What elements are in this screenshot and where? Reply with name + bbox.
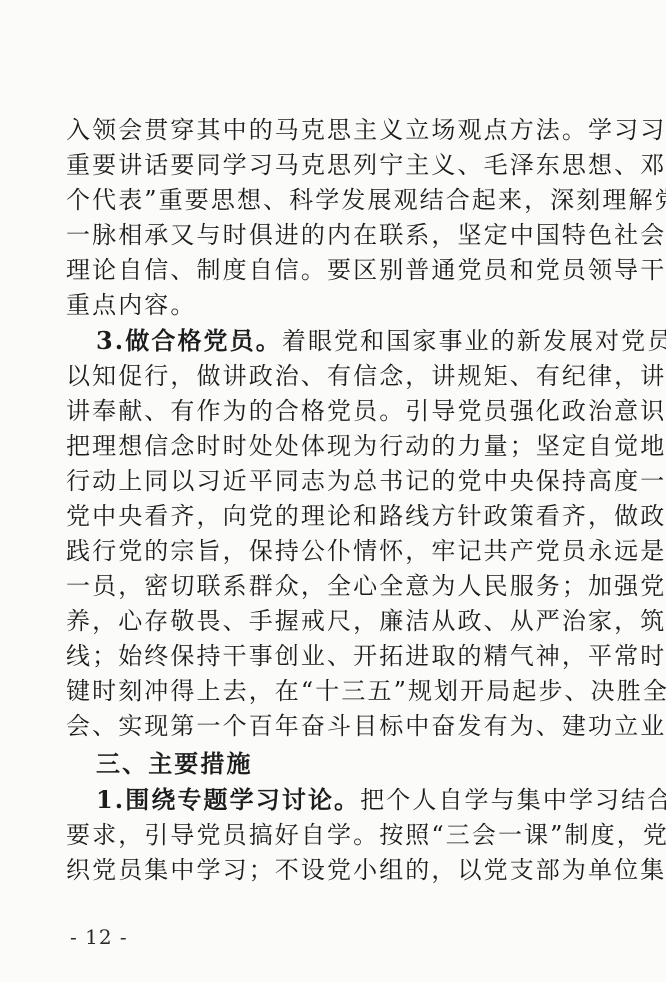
paragraph-line: 一员，密切联系群众，全心全意为人民服务；加强党性锻炼和道德修	[66, 571, 596, 601]
line-text: 线；始终保持干事创业、开拓进取的精气神，平常时候看得出来，关	[66, 642, 666, 670]
line-text: 养，心存敬畏、手握戒尺，廉洁从政、从严治家，筑牢拒腐防变的防	[66, 607, 666, 635]
paragraph-line: 把理想信念时时处处体现为行动的力量；坚定自觉地在思想上政治上	[66, 431, 596, 461]
line-text: 讲奉献、有作为的合格党员。引导党员强化政治意识，保持政治本色，	[66, 397, 666, 425]
paragraph-line: 党中央看齐，向党的理论和路线方针政策看齐，做政治上的明白人；	[66, 501, 596, 531]
section-heading: 三、主要措施	[96, 749, 626, 779]
paragraph-line: 一脉相承又与时俱进的内在联系，坚定中国特色社会主义道路自信、	[66, 220, 596, 250]
line-text: 织党员集中学习；不设党小组的，以党支部为单位集中学习。党支部	[66, 856, 666, 884]
line-text: 理论自信、制度自信。要区别普通党员和党员领导干部，确定学习的	[66, 256, 666, 284]
subsection-3-first-line: 3.做合格党员。着眼党和国家事业的新发展对党员的新要求，坚持	[96, 326, 626, 356]
line-text: 要求，引导党员搞好自学。按照“三会一课”制度，党小组要定期组	[66, 821, 666, 849]
line-text: 党中央看齐，向党的理论和路线方针政策看齐，做政治上的明白人；	[66, 502, 666, 530]
paragraph-line: 键时刻冲得上去，在“十三五”规划开局起步、决胜全面建成小康社	[66, 676, 596, 706]
paragraph-line: 重要讲话要同学习马克思列宁主义、毛泽东思想、邓小平理论、“三	[66, 150, 596, 180]
paragraph-line: 会、实现第一个百年奋斗目标中奋发有为、建功立业。	[66, 711, 596, 741]
paragraph-line: 养，心存敬畏、手握戒尺，廉洁从政、从严治家，筑牢拒腐防变的防	[66, 606, 596, 636]
line-text: 把理想信念时时处处体现为行动的力量；坚定自觉地在思想上政治上	[66, 432, 666, 460]
paragraph-line: 讲奉献、有作为的合格党员。引导党员强化政治意识，保持政治本色，	[66, 396, 596, 426]
line-text: 践行党的宗旨，保持公仆情怀，牢记共产党员永远是劳动人民的普通	[66, 537, 666, 565]
line-text: 重点内容。	[66, 291, 197, 319]
line-text: 个代表”重要思想、科学发展观结合起来，深刻理解党的科学理论既	[66, 186, 666, 214]
subsection-1-first-line: 1.围绕专题学习讨论。把个人自学与集中学习结合起来，明确自学	[96, 785, 626, 815]
line-text: 一脉相承又与时俱进的内在联系，坚定中国特色社会主义道路自信、	[66, 221, 666, 249]
paragraph-line: 践行党的宗旨，保持公仆情怀，牢记共产党员永远是劳动人民的普通	[66, 536, 596, 566]
paragraph-line: 织党员集中学习；不设党小组的，以党支部为单位集中学习。党支部	[66, 855, 596, 885]
paragraph-line: 线；始终保持干事创业、开拓进取的精气神，平常时候看得出来，关	[66, 641, 596, 671]
line-text: 着眼党和国家事业的新发展对党员的新要求，坚持	[282, 327, 666, 355]
line-text: 一员，密切联系群众，全心全意为人民服务；加强党性锻炼和道德修	[66, 572, 666, 600]
paragraph-line: 入领会贯穿其中的马克思主义立场观点方法。学习习近平总书记系列	[66, 115, 596, 145]
document-page: 入领会贯穿其中的马克思主义立场观点方法。学习习近平总书记系列 重要讲话要同学习马…	[0, 0, 666, 982]
subsection-1-title: 1.围绕专题学习讨论。	[96, 785, 360, 814]
line-text: 键时刻冲得上去，在“十三五”规划开局起步、决胜全面建成小康社	[66, 677, 666, 705]
line-text: 行动上同以习近平同志为总书记的党中央保持高度一致，经常主动向	[66, 467, 666, 495]
paragraph-line: 要求，引导党员搞好自学。按照“三会一课”制度，党小组要定期组	[66, 820, 596, 850]
paragraph-line: 理论自信、制度自信。要区别普通党员和党员领导干部，确定学习的	[66, 255, 596, 285]
paragraph-line: 以知促行，做讲政治、有信念，讲规矩、有纪律，讲道德、有品行，	[66, 361, 596, 391]
line-text: 重要讲话要同学习马克思列宁主义、毛泽东思想、邓小平理论、“三	[66, 151, 666, 179]
line-text: 把个人自学与集中学习结合起来，明确自学	[360, 786, 666, 814]
line-text: 以知促行，做讲政治、有信念，讲规矩、有纪律，讲道德、有品行，	[66, 362, 666, 390]
page-number: - 12 -	[70, 925, 128, 949]
paragraph-line: 重点内容。	[66, 290, 596, 320]
line-text: 入领会贯穿其中的马克思主义立场观点方法。学习习近平总书记系列	[66, 116, 666, 144]
paragraph-line: 行动上同以习近平同志为总书记的党中央保持高度一致，经常主动向	[66, 466, 596, 496]
subsection-3-title: 3.做合格党员。	[96, 326, 282, 355]
line-text: 会、实现第一个百年奋斗目标中奋发有为、建功立业。	[66, 712, 666, 740]
paragraph-line: 个代表”重要思想、科学发展观结合起来，深刻理解党的科学理论既	[66, 185, 596, 215]
